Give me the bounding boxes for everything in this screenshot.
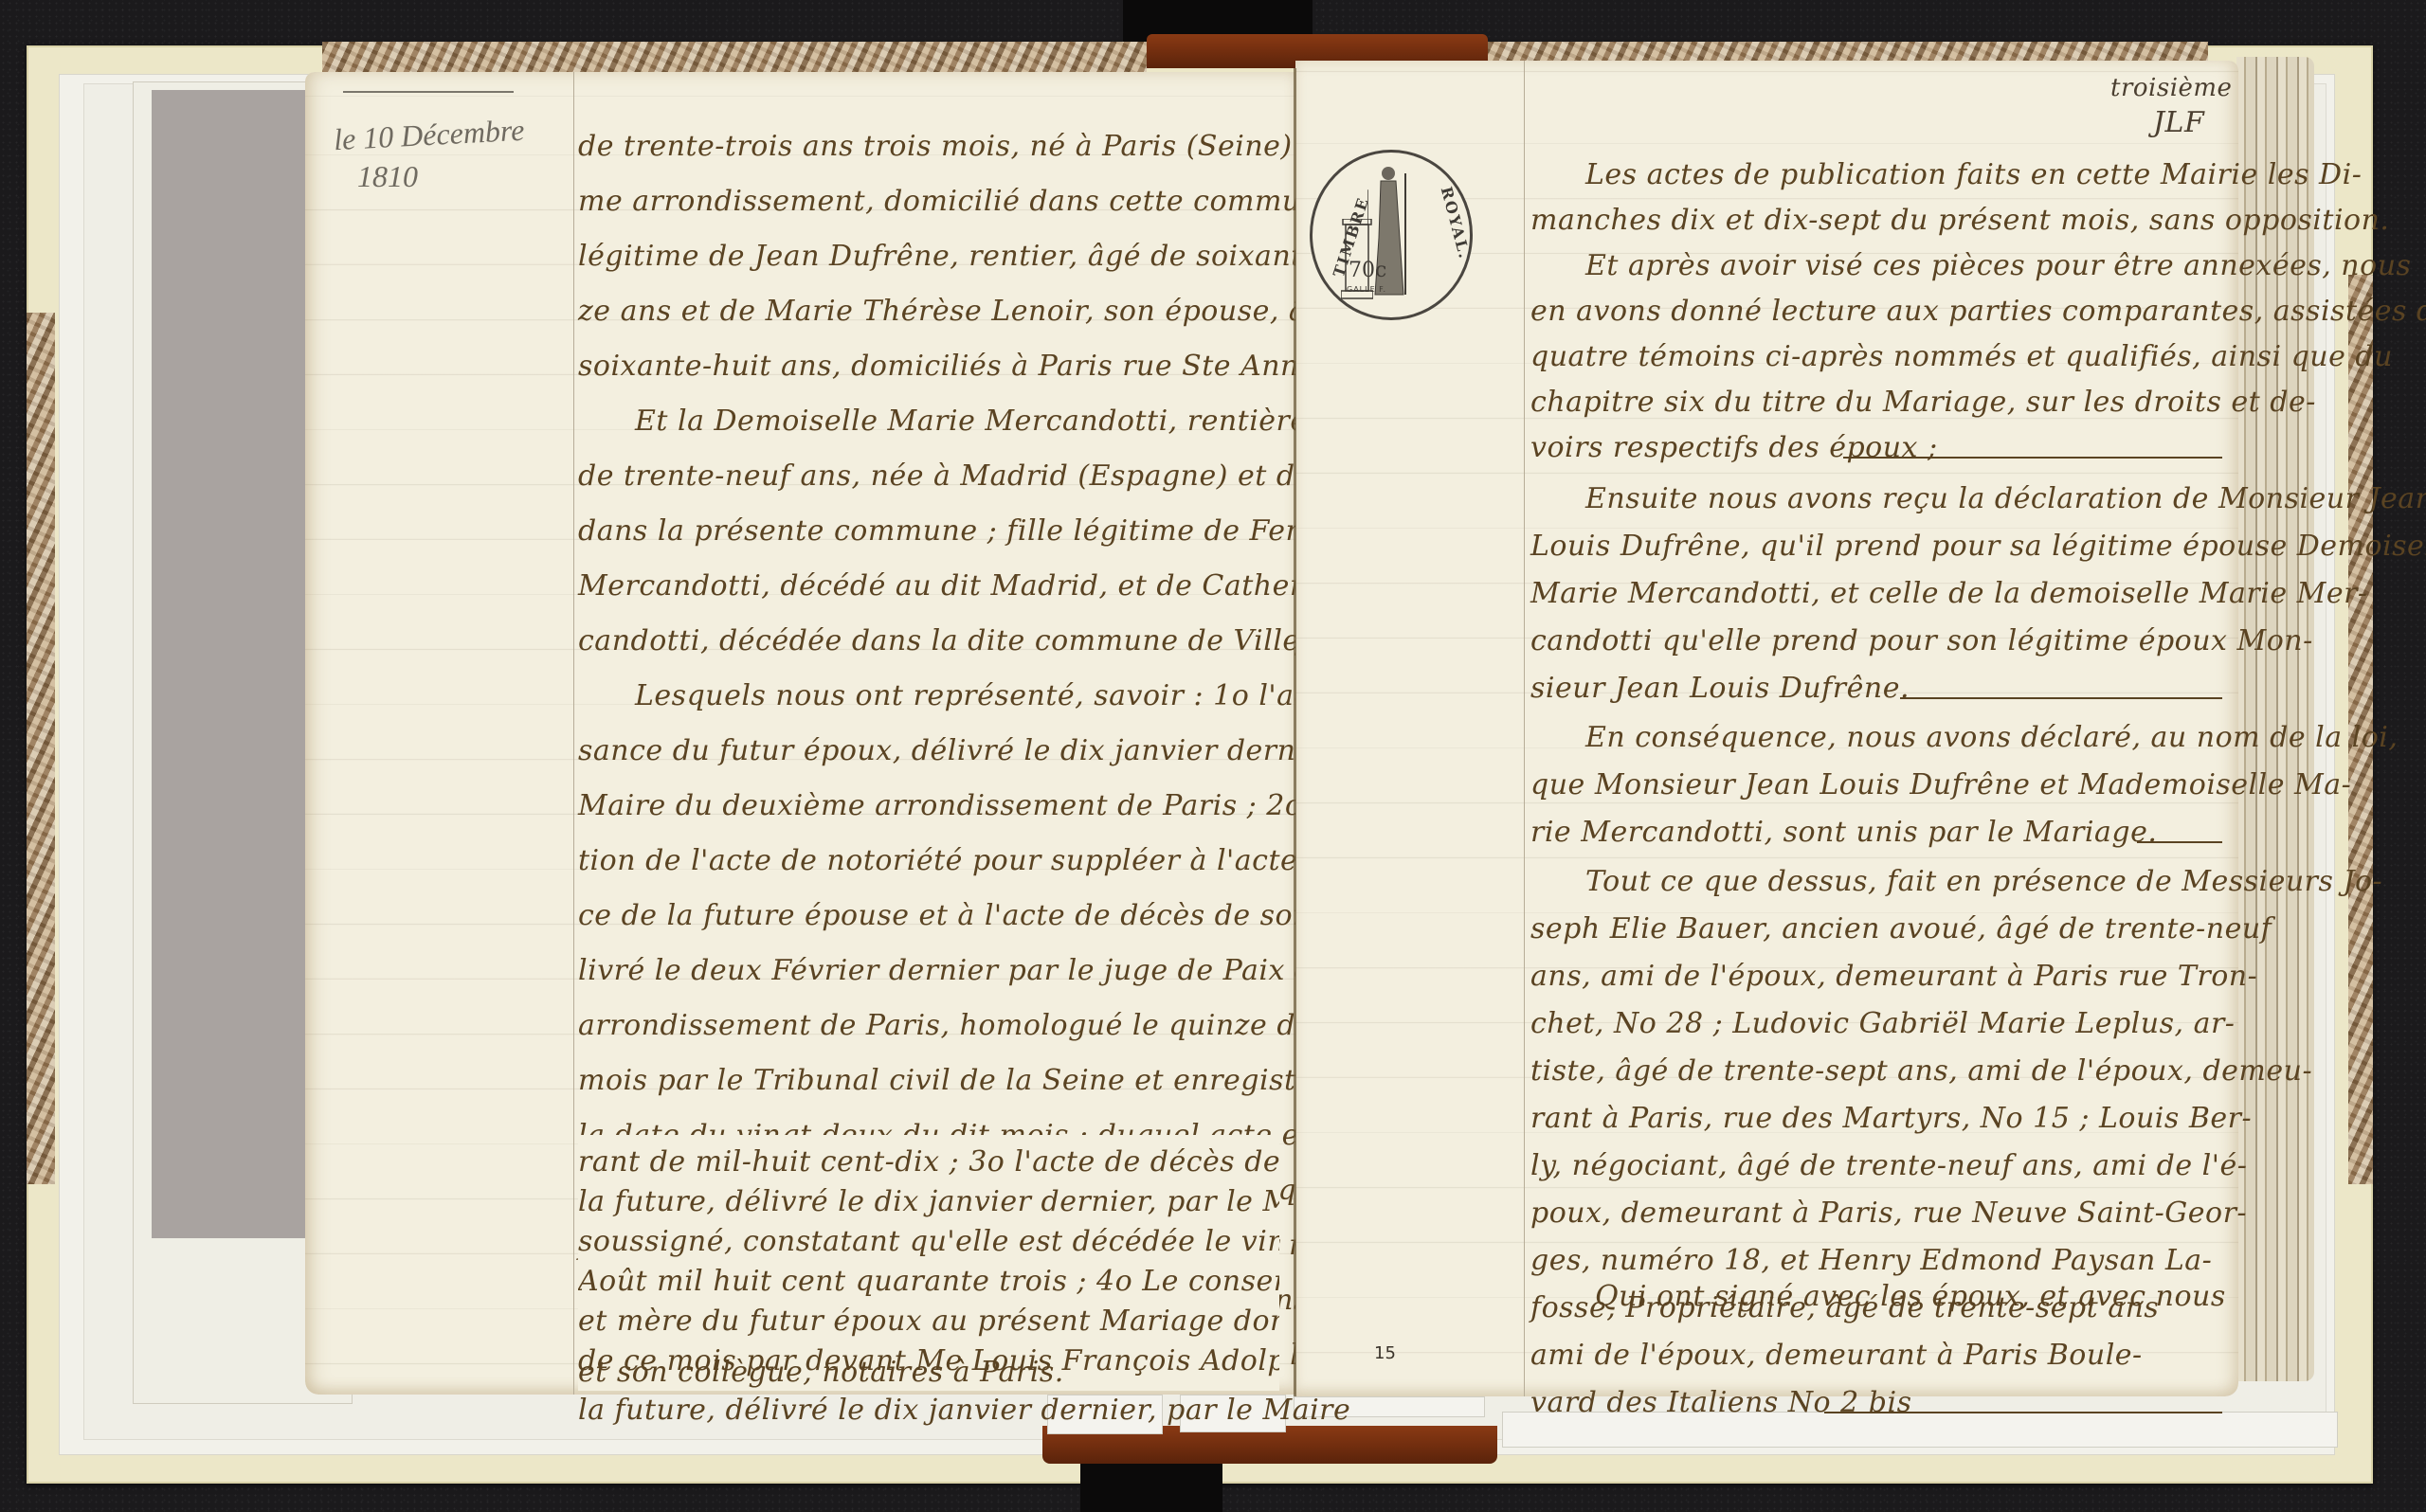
text-line: Et la Demoiselle Marie Mercandotti, rent…	[635, 394, 1397, 449]
end-of-entry-rule	[2137, 841, 2222, 843]
book-gutter	[1294, 68, 1296, 1396]
gray-insert	[152, 90, 305, 1238]
text-line: dans la présente commune ; fille légitim…	[578, 504, 1402, 559]
margin-date: le 10 Décembre	[333, 113, 525, 157]
text-line: de trente-trois ans trois mois, né à Par…	[578, 119, 1410, 174]
end-of-entry-rule	[1824, 1412, 2222, 1413]
end-of-entry-rule	[1900, 697, 2222, 699]
text-line: mois par le Tribunal civil de la Seine e…	[578, 1053, 1403, 1108]
pencil-strikethrough	[343, 91, 514, 93]
text-line: sieur Jean Louis Dufrêne.	[1530, 661, 1910, 716]
margin-rule	[1524, 61, 1525, 1396]
text-line: candotti, décédée dans la dite commune d…	[578, 614, 1382, 669]
text-line: Qui ont signé avec les époux, et avec no…	[1595, 1269, 2226, 1324]
stamp-text-right: ROYAL.	[1438, 185, 1465, 226]
page-number: 15	[1374, 1343, 1396, 1363]
timbre-royal-stamp: TIMBRE ROYAL. 70c GALLE F.	[1310, 150, 1473, 320]
top-annotation: troisième	[2110, 74, 2232, 102]
stamp-value: 70c	[1349, 259, 1386, 282]
marbled-board-left	[27, 313, 55, 1184]
initials-annotation: JLF	[2153, 106, 2204, 139]
text-line: ze ans et de Marie Thérèse Lenoir, son é…	[578, 284, 1405, 339]
margin-rule	[573, 72, 574, 1395]
spine-shadow-bottom	[1080, 1464, 1222, 1512]
margin-year: 1810	[357, 159, 418, 194]
text-line: rie Mercandotti, sont unis par le Mariag…	[1530, 805, 2157, 860]
text-line: voirs respectifs des époux ;	[1530, 421, 1938, 476]
marbled-edge-top-left	[322, 42, 1147, 76]
stamp-engraver: GALLE F.	[1347, 285, 1386, 294]
text-line: vard des Italiens No 2 bis	[1530, 1376, 1911, 1431]
end-of-entry-rule	[1843, 457, 2222, 459]
text-line: me arrondissement, domicilié dans cette …	[578, 174, 1411, 229]
text-line: et son collègue, notaires à Paris.	[578, 1345, 1064, 1400]
